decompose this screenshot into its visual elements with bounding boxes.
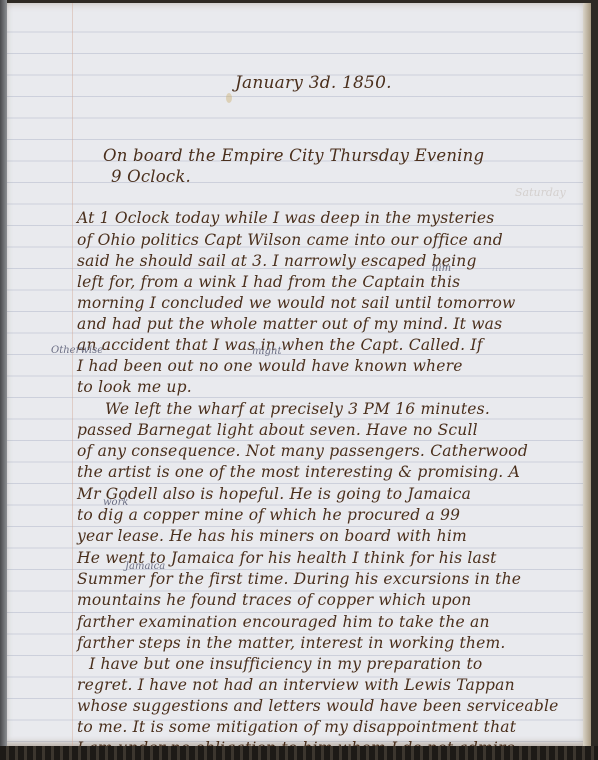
text-line-15: to dig a copper mine of which he procure…	[77, 506, 460, 524]
text-line-11: passed Barnegat light about seven. Have …	[77, 421, 478, 439]
text-line-9: to look me up.	[77, 378, 192, 396]
book-bottom-edge	[0, 746, 598, 760]
text-line-4: left for, from a wink I had from the Cap…	[77, 273, 460, 291]
text-line-3: said he should sail at 3. I narrowly esc…	[77, 252, 477, 270]
text-line-8: I had been out no one would have known w…	[77, 357, 463, 375]
text-line-2: of Ohio politics Capt Wilson came into o…	[77, 231, 503, 249]
text-line-6: and had put the whole matter out of my m…	[77, 315, 502, 333]
text-line-16: year lease. He has his miners on board w…	[77, 527, 467, 545]
text-line-19: mountains he found traces of copper whic…	[77, 591, 471, 609]
text-line-24: whose suggestions and letters would have…	[77, 697, 559, 715]
text-line-22: I have but one insufficiency in my prepa…	[89, 655, 482, 673]
location-line-1: On board the Empire City Thursday Evenin…	[103, 146, 484, 165]
text-line-12: of any consequence. Not many passengers.…	[77, 442, 528, 460]
text-line-1: At 1 Oclock today while I was deep in th…	[77, 209, 494, 227]
text-line-18: Summer for the first time. During his ex…	[77, 570, 521, 588]
manuscript-scan: Saturday January 3d. 1850. On board the …	[0, 0, 598, 760]
paper-stain	[226, 93, 232, 103]
margin-rule	[72, 3, 73, 746]
text-line-13: the artist is one of the most interestin…	[77, 463, 520, 481]
text-line-10: We left the wharf at precisely 3 PM 16 m…	[105, 400, 490, 418]
text-line-25: to me. It is some mitigation of my disap…	[77, 718, 516, 736]
interlinear-note-might: might	[252, 346, 282, 357]
book-binding-left	[0, 0, 7, 760]
text-line-14: Mr Godell also is hopeful. He is going t…	[77, 485, 471, 503]
bleed-through-text: Saturday	[515, 186, 566, 199]
date-heading: January 3d. 1850.	[235, 73, 392, 93]
diary-page: Saturday January 3d. 1850. On board the …	[7, 3, 591, 746]
margin-note-otherwise: Otherwise	[51, 345, 103, 356]
page-edge-right	[583, 3, 591, 746]
location-line-2: 9 Oclock.	[111, 167, 191, 186]
text-line-5: morning I concluded we would not sail un…	[77, 294, 516, 312]
text-line-20: farther examination encouraged him to ta…	[77, 613, 490, 631]
text-line-23: regret. I have not had an interview with…	[77, 676, 515, 694]
text-line-21: farther steps in the matter, interest in…	[77, 634, 505, 652]
